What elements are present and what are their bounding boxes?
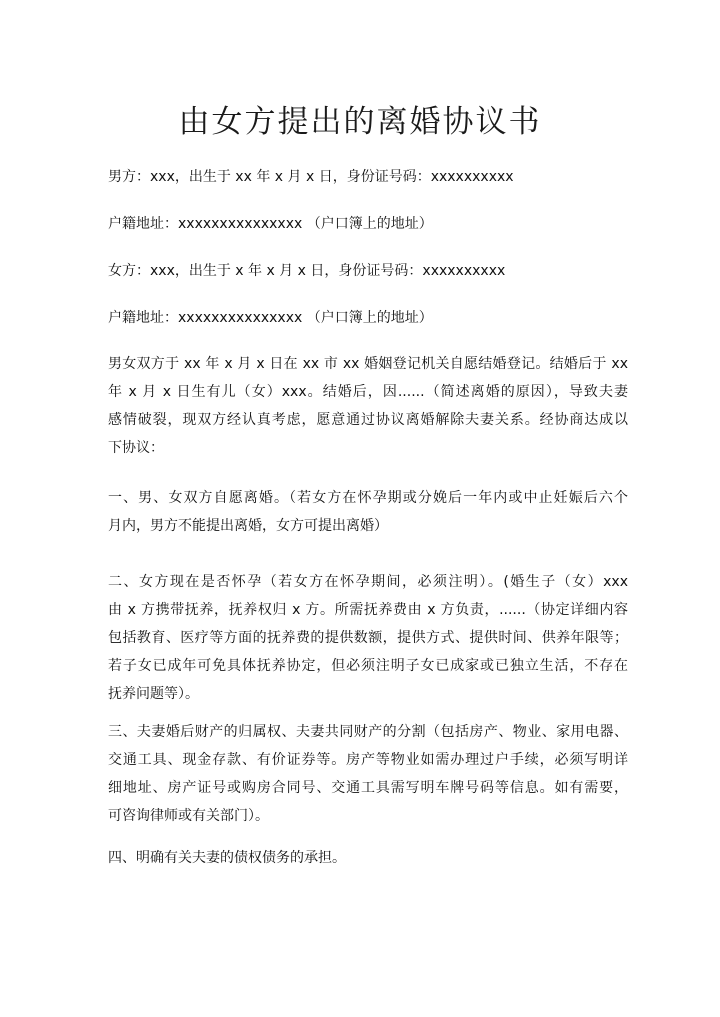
document-page: 由女方提出的离婚协议书 男方：xxx，出生于 xx 年 x 月 x 日，身份证号…: [0, 0, 720, 1017]
clause-4: 四、明确有关夫妻的债权债务的承担。: [108, 844, 628, 872]
female-party-info: 女方：xxx，出生于 x 年 x 月 x 日，身份证号码：xxxxxxxxxx: [108, 261, 628, 281]
intro-paragraph: 男女双方于 xx 年 x 月 x 日在 xx 市 xx 婚姻登记机关自愿结婚登记…: [108, 350, 628, 462]
clause-line: 细地址、房产证号或购房合同号、交通工具需写明车牌号码等信息。如有需要，: [108, 774, 628, 802]
clause-line: 若子女已成年可免具体抚养协定，但必须注明子女已成家或已独立生活，不存在: [108, 652, 628, 680]
clause-line: 包括教育、医疗等方面的抚养费的提供数额，提供方式、提供时间、供养年限等；: [108, 624, 628, 652]
clause-line: 三、夫妻婚后财产的归属权、夫妻共同财产的分割（包括房产、物业、家用电器、: [108, 718, 628, 746]
clause-2: 二、女方现在是否怀孕（若女方在怀孕期间，必须注明）。(婚生子（女）xxx 由 x…: [108, 568, 628, 708]
clause-line: 交通工具、现金存款、有价证券等。房产等物业如需办理过户手续，必须写明详: [108, 746, 628, 774]
intro-line: 下协议：: [108, 434, 628, 462]
intro-line: 年 x 月 x 日生有儿（女）xxx。结婚后，因......（简述离婚的原因），…: [108, 378, 628, 406]
clause-line: 由 x 方携带抚养，抚养权归 x 方。所需抚养费由 x 方负责，......（协…: [108, 596, 628, 624]
female-household-address: 户籍地址：xxxxxxxxxxxxxxx （户口簿上的地址）: [108, 308, 628, 328]
clause-3: 三、夫妻婚后财产的归属权、夫妻共同财产的分割（包括房产、物业、家用电器、 交通工…: [108, 718, 628, 830]
male-household-address: 户籍地址：xxxxxxxxxxxxxxx （户口簿上的地址）: [108, 214, 628, 234]
clause-line: 二、女方现在是否怀孕（若女方在怀孕期间，必须注明）。(婚生子（女）xxx: [108, 568, 628, 596]
clause-line: 一、男、女双方自愿离婚。（若女方在怀孕期或分娩后一年内或中止妊娠后六个: [108, 484, 628, 512]
clause-1: 一、男、女双方自愿离婚。（若女方在怀孕期或分娩后一年内或中止妊娠后六个 月内，男…: [108, 484, 628, 540]
document-title: 由女方提出的离婚协议书: [0, 100, 720, 144]
clause-line: 抚养问题等）。: [108, 680, 628, 708]
intro-line: 感情破裂，现双方经认真考虑，愿意通过协议离婚解除夫妻关系。经协商达成以: [108, 406, 628, 434]
clause-line: 月内，男方不能提出离婚，女方可提出离婚）: [108, 512, 628, 540]
intro-line: 男女双方于 xx 年 x 月 x 日在 xx 市 xx 婚姻登记机关自愿结婚登记…: [108, 350, 628, 378]
clause-line: 四、明确有关夫妻的债权债务的承担。: [108, 844, 628, 872]
clause-line: 可咨询律师或有关部门）。: [108, 802, 628, 830]
male-party-info: 男方：xxx，出生于 xx 年 x 月 x 日，身份证号码：xxxxxxxxxx: [108, 167, 628, 187]
